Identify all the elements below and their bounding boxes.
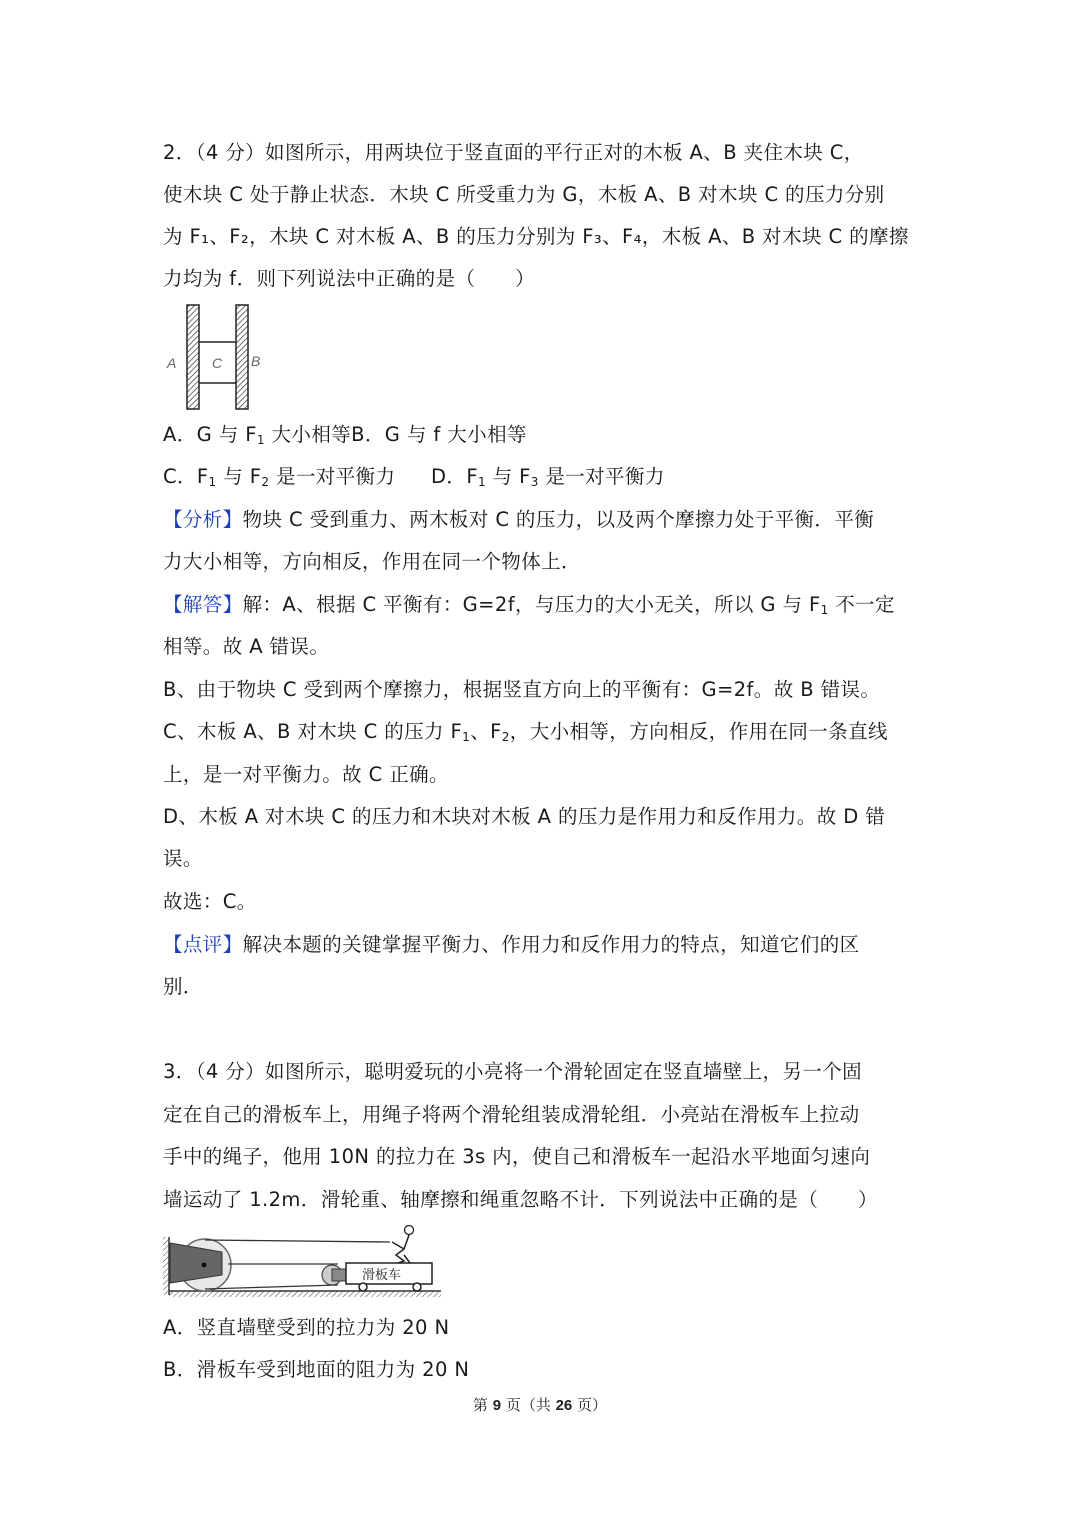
q2-options-row-1: A．G 与 F1 大小相等B．G 与 f 大小相等 <box>163 420 527 450</box>
label-b: B <box>251 353 260 369</box>
ground <box>169 1291 441 1297</box>
q3-stem-line-4: 墙运动了 1.2m．滑轮重、轴摩擦和绳重忽略不计．下列说法中正确的是（ ） <box>163 1185 878 1215</box>
person <box>405 1226 414 1235</box>
scooter-label: 滑板车 <box>362 1267 401 1283</box>
comment-line-1: 【点评】解决本题的关键掌握平衡力、作用力和反作用力的特点，知道它们的区 <box>163 930 860 960</box>
page-number: 9 <box>493 1397 501 1414</box>
solution-line-3: B、由于物块 C 受到两个摩擦力，根据竖直方向上的平衡有：G=2f。故 B 错误… <box>163 675 880 705</box>
q3-stem-line-1: 3．（4 分）如图所示，聪明爱玩的小亮将一个滑轮固定在竖直墙壁上，另一个固 <box>163 1057 862 1087</box>
q3-option-a: A．竖直墙壁受到的拉力为 20 N <box>163 1313 449 1343</box>
solution-line-5: 上，是一对平衡力。故 C 正确。 <box>163 760 449 790</box>
solution-line-7: 误。 <box>163 844 203 874</box>
analysis-line-2: 力大小相等，方向相反，作用在同一个物体上． <box>163 547 581 577</box>
rope-bottom <box>205 1285 338 1289</box>
comment-line-2: 别． <box>163 972 203 1002</box>
q2-stem-line-2: 使木块 C 处于静止状态．木块 C 所受重力为 G，木板 A、B 对木块 C 的… <box>163 180 885 210</box>
q2-stem-line-4: 力均为 f．则下列说法中正确的是（ ） <box>163 264 535 294</box>
solution-line-2: 相等。故 A 错误。 <box>163 632 329 662</box>
solution-tag: 【解答】 <box>163 593 243 616</box>
analysis-line-1: 【分析】物块 C 受到重力、两木板对 C 的压力，以及两个摩擦力处于平衡．平衡 <box>163 505 874 535</box>
q3-stem-line-2: 定在自己的滑板车上，用绳子将两个滑轮组装成滑轮组．小亮站在滑板车上拉动 <box>163 1100 860 1130</box>
document-page: 2．（4 分）如图所示，用两块位于竖直面的平行正对的木板 A、B 夹住木块 C，… <box>0 0 1080 1528</box>
total-pages: 26 <box>556 1397 573 1414</box>
analysis-tag: 【分析】 <box>163 508 243 531</box>
comment-tag: 【点评】 <box>163 933 243 956</box>
q2-option-a: A．G 与 F1 大小相等 <box>163 420 351 450</box>
q2-options-row-2: C．F1 与 F2 是一对平衡力D．F1 与 F3 是一对平衡力 <box>163 462 665 492</box>
q2-option-c: C．F1 与 F2 是一对平衡力 <box>163 462 431 492</box>
q2-option-d: D．F1 与 F3 是一对平衡力 <box>431 462 665 492</box>
q3-option-b: B．滑板车受到地面的阻力为 20 N <box>163 1355 469 1385</box>
q3-pulley-figure: 滑板车 <box>160 1225 450 1305</box>
solution-line-4: C、木板 A、B 对木块 C 的压力 F1、F2，大小相等，方向相反，作用在同一… <box>163 717 888 747</box>
plate-b <box>236 305 248 409</box>
page-footer: 第 9 页（共 26 页） <box>0 1394 1080 1415</box>
label-c: C <box>212 355 223 371</box>
wall <box>163 1237 169 1295</box>
plate-a <box>187 305 199 409</box>
q2-plates-figure: A C B <box>160 300 270 415</box>
solution-line-1: 【解答】解：A、根据 C 平衡有：G=2f，与压力的大小无关，所以 G 与 F1… <box>163 590 895 620</box>
rope-top <box>205 1240 390 1242</box>
q2-stem-line-1: 2．（4 分）如图所示，用两块位于竖直面的平行正对的木板 A、B 夹住木块 C， <box>163 138 864 168</box>
solution-line-6: D、木板 A 对木块 C 的压力和木块对木板 A 的压力是作用力和反作用力。故 … <box>163 802 885 832</box>
answer-line: 故选：C。 <box>163 887 257 917</box>
q3-stem-line-3: 手中的绳子，他用 10N 的拉力在 3s 内，使自己和滑板车一起沿水平地面匀速向 <box>163 1142 870 1172</box>
q2-stem-line-3: 为 F₁、F₂，木块 C 对木板 A、B 的压力分别为 F₃、F₄，木板 A、B… <box>163 222 909 252</box>
label-a: A <box>166 355 176 371</box>
q2-option-b: B．G 与 f 大小相等 <box>351 420 527 450</box>
